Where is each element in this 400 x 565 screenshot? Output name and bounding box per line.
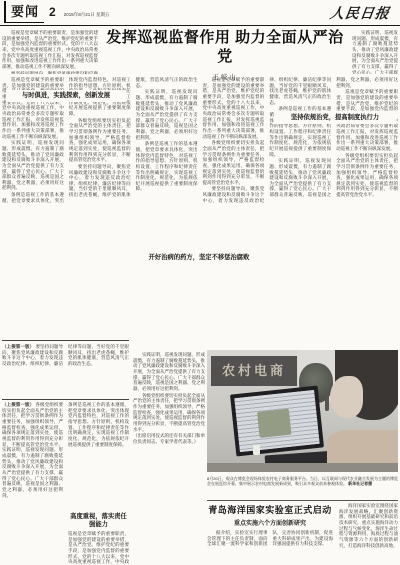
body-paragraph: 实践证明，巡视发现问题、形成震慑，有力遏制了腐败蔓延势头，推动了党风廉政建设和反… — [133, 352, 205, 392]
continuation-subhead: 高度重视，落实责任强能力 — [68, 510, 129, 531]
body-paragraph: 条例是巡视工作的基本遵循，把党章要求具体化，突出体现党内监督特色，对巡视工作的指… — [68, 402, 129, 510]
body-paragraph: 巡视是党章赋予的重要职责，是加强党的建设的重要举措，是从严治党、维护党纪的重要手… — [2, 30, 98, 70]
continuation-block-2: （上接第一版） 各级党组织要切实担负起全面从严治党的主体责任，把学习贯彻条例作为… — [2, 402, 129, 565]
body-paragraph: 巡视是党章赋予的重要职责，是加强党的建设的重要举措，是从严治党、维护党纪的重要手… — [2, 77, 64, 139]
body-paragraph: 实践证明，巡视发现问题、形成震慑，有力遏制了腐败蔓延势头，推动了党风廉政建设和反… — [2, 140, 64, 191]
divider — [2, 399, 129, 400]
qingdao-article-left: 青岛海洋国家实验室正式启动 重点实施六个方面创新研究 据介绍，实验室实行理事会管… — [207, 503, 333, 565]
body-paragraph: 各级党组织要切实担负起全面从严治党的主体责任，把学习贯彻条例作为重要任务，加强组… — [202, 140, 264, 185]
photo-credit: 新华社记者摄 — [348, 481, 372, 486]
qingdao-headline: 青岛海洋国家实验室正式启动 — [207, 503, 333, 516]
qingdao-subtitle: 重点实施六个方面创新研究 — [207, 518, 333, 527]
page-number: 2 — [49, 5, 56, 19]
body-paragraph: 各级党组织要切实担负起全面从严治党的主体责任，把学习贯彻条例作为重要任务，加强组… — [336, 153, 398, 198]
lead-flank-left: 巡视是党章赋予的重要职责，是加强党的建设的重要举措，是从严治党、维护党纪的重要手… — [2, 30, 98, 74]
body-paragraph: 海洋国家实验室围绕国家海洋发展战略，汇聚创新资源，组织开展基础研究和前沿技术研究… — [339, 503, 398, 548]
date-line: 2015年8月21日 星期五 — [64, 12, 110, 18]
divider — [207, 500, 398, 501]
lead-subhead-3: 坚持依规治党，提高制度执行力 — [274, 112, 396, 124]
body-paragraph: 实践证明，巡视发现问题、形成震慑，有力遏制了腐败蔓延势头，推动了党风廉政建设和反… — [352, 30, 398, 74]
lead-headline-box: 发挥巡视监督作用 助力全面从严治党 王岐山 — [100, 29, 350, 75]
photo-caption: 8月20日，观众在博览会现场体验农村电子商务服务平台。当日，以互联网与现代农业融… — [207, 476, 398, 497]
body-paragraph: 条例是巡视工作的基本遵循，把党章要求具体化，突出体现党内监督特色，对巡视工作的指… — [136, 141, 198, 192]
lead-subhead-2: 开好治病的药方，坚定不移惩治腐败 — [134, 252, 264, 264]
attendees-note: （出席启用仪式的还有有关部门和单位负责同志、专家学者代表等。） — [133, 433, 205, 444]
photo-screen-webpage — [234, 390, 319, 452]
body-paragraph: 各级党组织要切实担负起全面从严治党的主体责任，把学习贯彻条例作为重要任务，加强组… — [2, 402, 63, 447]
continued-marker: （上接第一版） — [2, 344, 34, 349]
qingdao-body: 据介绍，实验室实行理事会管理下的主任负责制，面向全球汇聚一流科学家和创新团队，完… — [207, 530, 333, 564]
qingdao-right-column: 海洋国家实验室围绕国家海洋发展战略，汇聚创新资源，组织开展基础研究和前沿技术研究… — [339, 503, 398, 565]
photo-computer-monitor — [230, 386, 324, 457]
body-paragraph: 各级党组织要切实担负起全面从严治党的主体责任，把学习贯彻条例作为重要任务，加强组… — [133, 393, 205, 433]
masthead-logo: 人民日报 — [329, 3, 396, 23]
continued-marker: （上接第一版） — [2, 402, 34, 407]
body-paragraph: 实践证明，巡视发现问题、形成震慑，有力遏制了腐败蔓延势头，推动了党风廉政建设和反… — [2, 447, 63, 497]
news-photo: 农村电商 — [207, 350, 398, 472]
lead-headline: 发挥巡视监督作用 助力全面从严治党 — [100, 29, 350, 67]
body-paragraph: 据介绍，实验室实行理事会管理下的主任负责制，面向全球汇聚一流科学家和创新团队，完… — [207, 530, 333, 547]
continuation-col-3: 实践证明，巡视发现问题、形成震慑，有力遏制了腐败蔓延势头，推动了党风廉政建设和反… — [133, 352, 205, 565]
photo-screen-image — [257, 409, 292, 438]
body-paragraph: 各级党组织要切实担负起全面从严治党的主体责任，把学习贯彻条例作为重要任务，加强组… — [69, 118, 131, 163]
photo-cup — [253, 445, 260, 455]
qingdao-article: 青岛海洋国家实验室正式启动 重点实施六个方面创新研究 据介绍，实验室实行理事会管… — [207, 503, 398, 565]
newspaper-page: 要闻 2 2015年8月21日 星期五 人民日报 发挥巡视监督作用 助力全面从严… — [0, 0, 400, 565]
header-left: 要闻 2 2015年8月21日 星期五 — [4, 1, 109, 23]
section-label: 要闻 — [4, 1, 44, 23]
continuation-block-1: （上接第一版） 要坚持问题导向，聚焦党风廉政建设和反腐败斗争这个中心，着力发现违… — [2, 344, 129, 396]
body-paragraph: 要坚持问题导向，聚焦党风廉政建设和反腐败斗争这个中心，着力发现违反政治纪律、组织… — [2, 71, 98, 74]
body-paragraph: 实践证明，巡视发现问题、形成震慑，有力遏制了腐败蔓延势头，推动了党风廉政建设和反… — [136, 89, 198, 140]
continuation-col-1: （上接第一版） 各级党组织要切实担负起全面从严治党的主体责任，把学习贯彻条例作为… — [2, 402, 63, 565]
page-header: 要闻 2 2015年8月21日 星期五 人民日报 — [0, 0, 400, 26]
photo-visitor-figure — [325, 396, 329, 411]
photo-banner-text: 农村电商 — [211, 356, 297, 386]
photo-person-face — [330, 376, 363, 418]
lead-subhead-1: 与时俱进，实践探索，创新发展 — [6, 90, 126, 102]
photo-desk — [207, 463, 398, 472]
divider — [2, 340, 129, 341]
continuation-col-2: 条例是巡视工作的基本遵循，把党章要求具体化，突出体现党内监督特色，对巡视工作的指… — [68, 402, 129, 565]
lead-flank-right: 实践证明，巡视发现问题、形成震慑，有力遏制了腐败蔓延势头，推动了党风廉政建设和反… — [352, 30, 398, 74]
body-paragraph: 巡视是党章赋予的重要职责，是加强党的建设的重要举措，是从严治党、维护党纪的重要手… — [202, 77, 264, 139]
body-paragraph: 巡视是党章赋予的重要职责，是加强党的建设的重要举措，是从严治党、维护党纪的重要手… — [68, 531, 129, 565]
